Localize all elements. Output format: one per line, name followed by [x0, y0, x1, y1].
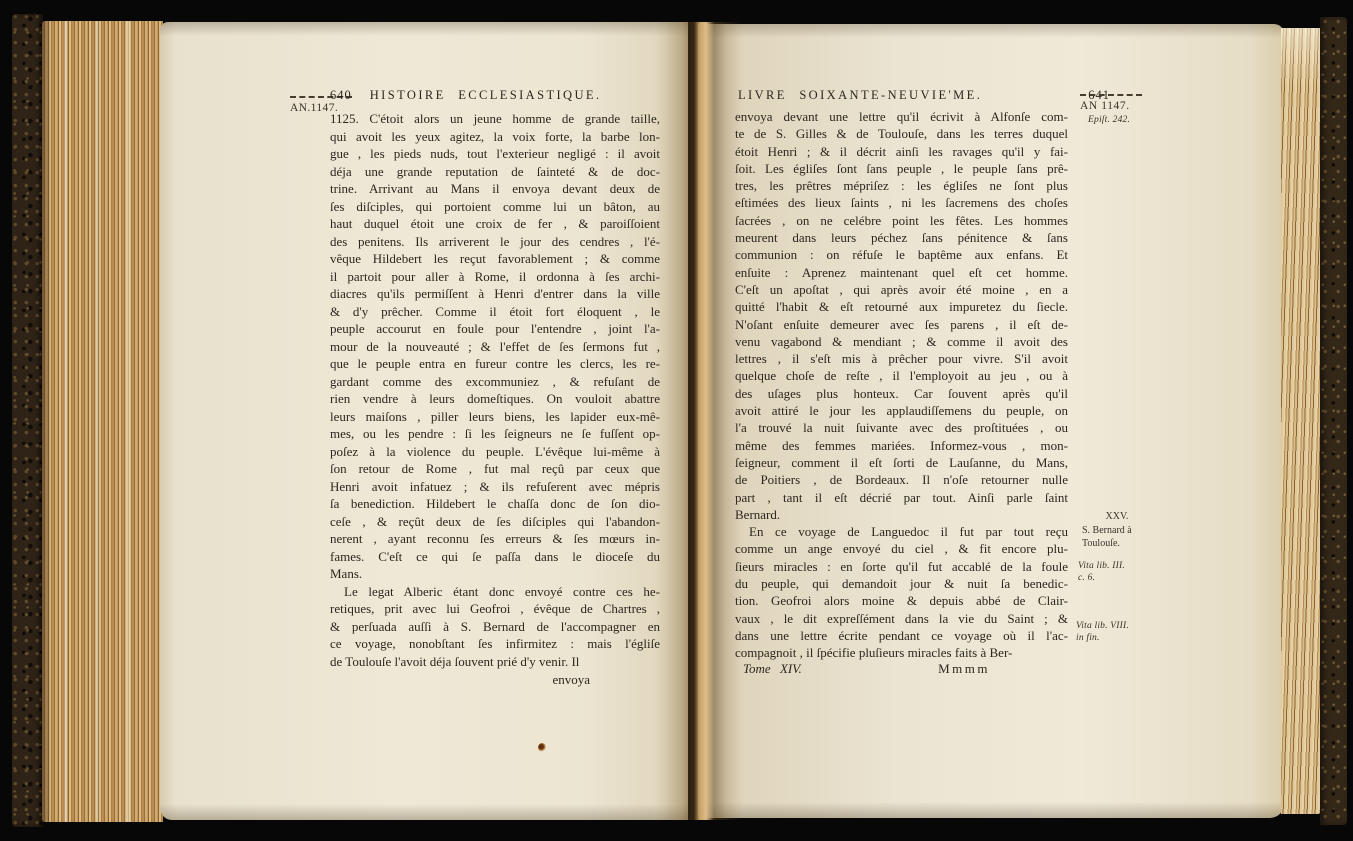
left-page-number: 640: [330, 88, 352, 103]
right-body-text: envoya devant une lettre qu'il écrivit à…: [735, 108, 1068, 662]
text-line: de Poitiers , de Bordeaux. Il n'oſe reto…: [735, 471, 1068, 488]
text-line: tion. Geofroi alors moine & depuis abbé …: [735, 592, 1068, 609]
text-line: communion : on réfuſe le baptême aux enf…: [735, 246, 1068, 263]
page-block-fore-edge-right: [1281, 28, 1323, 814]
text-line: ceſe , & reçût deux de ſes diſciples qui…: [330, 513, 660, 531]
right-page: LIVRE SOIXANTE-NEUVIE'ME. 641 AN 1147. E…: [698, 24, 1284, 818]
text-line: nerent , ayant reconnu ſes erreurs & ſes…: [330, 530, 660, 548]
text-line: ce voyage, nonobſtant ſes infirmitez : m…: [330, 635, 660, 653]
margin-section-note: XXV. S. Bernard à Toulouſe.: [1082, 510, 1178, 551]
text-line: étoit Henri ; & il décrit ainſi les rava…: [735, 143, 1068, 160]
text-line: 1125. C'étoit alors un jeune homme de gr…: [330, 110, 660, 128]
text-line: retiques, prit avec lui Geofroi , évêque…: [330, 600, 660, 618]
margin-vita-ref-1-line2: c. 6.: [1078, 572, 1174, 584]
right-footer: Tome XIV. Mmmm: [735, 661, 1068, 677]
margin-vita-ref-1: Vita lib. III. c. 6.: [1078, 560, 1174, 584]
text-line: C'eſt un apoſtat , qui après avoir été m…: [735, 281, 1068, 298]
left-running-header: 640 HISTOIRE ECCLESIASTIQUE.: [330, 88, 670, 103]
text-line: déja une grande reputation de ſainteté &…: [330, 163, 660, 181]
text-line: & d'y prêcher. Comme il étoit fort éloqu…: [330, 303, 660, 321]
text-line: N'oſant enſuite demeurer avec ſes parens…: [735, 316, 1068, 333]
text-line: peuple accourut en foule pour l'entendre…: [330, 320, 660, 338]
text-line: ſoit. Les égliſes ſont ſans peuple , le …: [735, 160, 1068, 177]
text-line: ſacrées , on ne celébre point les fêtes.…: [735, 212, 1068, 229]
text-line: même des femmes mariées. Informez-vous ,…: [735, 437, 1068, 454]
text-line: Mans.: [330, 565, 660, 583]
text-line: diacres qu'ils permiſſent à Henri d'entr…: [330, 285, 660, 303]
left-page: AN.1147. 640 HISTOIRE ECCLESIASTIQUE. 11…: [160, 22, 688, 820]
text-line: que le peuple entra en fureur contre les…: [330, 355, 660, 373]
text-line: trine. Arrivant au Mans il envoya devant…: [330, 180, 660, 198]
text-line: part , tant il eſt décrié par tout. Ainſ…: [735, 489, 1068, 506]
margin-year-label: AN 1147.: [1080, 100, 1176, 112]
text-line: ſes diſciples, qui portoient comme lui u…: [330, 198, 660, 216]
photo-of-open-book: AN.1147. 640 HISTOIRE ECCLESIASTIQUE. 11…: [0, 0, 1353, 841]
text-line: meurent dans leurs péchez ſans pénitence…: [735, 229, 1068, 246]
text-line: quelque choſe de reſte , il l'employoit …: [735, 367, 1068, 384]
text-line: ſon retour de Rome , fut mal reçû par ce…: [330, 460, 660, 478]
text-line: haut duquel étoit une croix de fer , & p…: [330, 215, 660, 233]
text-line: des penitens. Ils arriverent le jour des…: [330, 233, 660, 251]
text-line: leurs maiſons , piller leurs biens, les …: [330, 408, 660, 426]
text-line: gue , les pieds nuds, tout l'exterieur n…: [330, 145, 660, 163]
text-line: En ce voyage de Languedoc il fut par tou…: [735, 523, 1068, 540]
text-line: rien vendre à leurs domeſtiques. On voul…: [330, 390, 660, 408]
margin-rule: [1080, 94, 1142, 96]
book-cover-left-edge: [12, 14, 43, 827]
text-line: lettres , il s'eſt mis à prêcher pour vi…: [735, 350, 1068, 367]
text-line: tres, les prêtres mépriſez : les égliſes…: [735, 177, 1068, 194]
margin-vita-ref-2: Vita lib. VIII. in fin.: [1076, 620, 1172, 644]
signature-mark: Mmmm: [938, 661, 990, 677]
text-line: l'a trouvé la nuit ſuivante avec des pro…: [735, 419, 1068, 436]
book-cover-right-edge: [1320, 17, 1347, 825]
text-line: Le legat Alberic étant donc envoyé contr…: [330, 583, 660, 601]
catchword: envoya: [330, 672, 660, 688]
right-running-title: LIVRE SOIXANTE-NEUVIE'ME.: [738, 88, 1072, 103]
text-line: & perſuada auſſi à S. Bernard de l'accom…: [330, 618, 660, 636]
text-line: compagnoit , il ſpécifie pluſieurs mirac…: [735, 644, 1068, 661]
text-line: venu vagabond & mendiant ; & comme il av…: [735, 333, 1068, 350]
text-line: avoit attiré le jour les applaudiſſemens…: [735, 402, 1068, 419]
text-line: envoya devant une lettre qu'il écrivit à…: [735, 108, 1068, 125]
text-line: Henri avoit infatuez ; & ils refuſerent …: [330, 478, 660, 496]
text-line: fames. C'eſt ce qui ſe paſſa dans le dio…: [330, 548, 660, 566]
margin-section-number: XXV.: [1082, 510, 1152, 524]
text-line: du peuple, qui demandoit jour & nuit ſa …: [735, 575, 1068, 592]
paper-stain: [538, 743, 546, 752]
left-running-title: HISTOIRE ECCLESIASTIQUE.: [370, 88, 602, 103]
tome-label: Tome XIV.: [743, 661, 802, 677]
text-line: enſuite : Aprenez maintenant quel eſt ce…: [735, 264, 1068, 281]
text-line: vaux , le dit expreſſément dans la vie d…: [735, 610, 1068, 627]
text-line: des uſages plus honteux. Car ſouvent apr…: [735, 385, 1068, 402]
margin-section-title-line2: Toulouſe.: [1082, 537, 1178, 551]
text-line: comme un ange envoyé du ciel , & fit enc…: [735, 540, 1068, 557]
text-line: de Toulouſe l'avoit déja ſouvent prié d'…: [330, 653, 660, 671]
text-line: qui avoit les yeux agitez, la voix forte…: [330, 128, 660, 146]
text-line: vêque Hildebert les reçut favorablement …: [330, 250, 660, 268]
margin-vita-ref-2-line1: Vita lib. VIII.: [1076, 620, 1172, 632]
text-line: dans une lettre écrite pendant ce voyage…: [735, 627, 1068, 644]
text-line: ſa benediction. Hildebert le chaſſa donc…: [330, 495, 660, 513]
margin-vita-ref-2-line2: in fin.: [1076, 632, 1172, 644]
right-running-header: LIVRE SOIXANTE-NEUVIE'ME. 641: [738, 88, 1110, 103]
margin-section-title-line1: S. Bernard à: [1082, 524, 1178, 538]
text-line: mes, ou les pendre : ſi les ſeigneurs ne…: [330, 425, 660, 443]
page-block-fore-edge-left: [42, 21, 163, 822]
text-line: eſtimées des lieux ſaints , ni les ſacre…: [735, 194, 1068, 211]
text-line: Bernard.: [735, 506, 1068, 523]
left-body-text: 1125. C'étoit alors un jeune homme de gr…: [330, 110, 660, 670]
text-line: quitté l'habit & eſt retourné aux impure…: [735, 298, 1068, 315]
text-line: te de S. Gilles & de Toulouſe, dans les …: [735, 125, 1068, 142]
margin-epist-ref: Epiſt. 242.: [1088, 115, 1176, 125]
text-line: ſieurs miracles : en ſorte qu'il fut acc…: [735, 558, 1068, 575]
text-line: ſeigneur, comment il eſt ſorti de Lauſan…: [735, 454, 1068, 471]
right-margin-year-note: AN 1147. Epiſt. 242.: [1080, 94, 1176, 125]
text-line: il partoit pour aller à Rome, il ordonna…: [330, 268, 660, 286]
margin-vita-ref-1-line1: Vita lib. III.: [1078, 560, 1174, 572]
text-line: mour de la nouveauté ; & l'effet de ſes …: [330, 338, 660, 356]
text-line: poſez à la violence du peuple. L'évêque …: [330, 443, 660, 461]
text-line: gardant comme des excommuniez , & refuſa…: [330, 373, 660, 391]
